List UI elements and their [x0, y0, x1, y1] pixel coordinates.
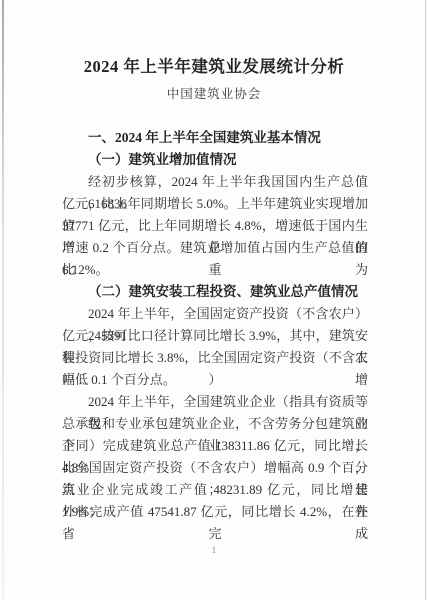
- document-subtitle: 中国建筑业协会: [0, 84, 428, 102]
- text-line: 亿元，按可比口径计算同比增长 3.9%，其中，建筑安装工: [62, 325, 368, 347]
- text-line: 比全国固定资产投资（不含农户）增幅高 0.9 个百分点；建: [62, 457, 368, 479]
- section-heading: 一、2024 年上半年全国建筑业基本情况: [62, 127, 368, 149]
- text-line: 程投资同比增长 3.8%，比全国固定资产投资（不含农户）增: [62, 347, 368, 369]
- text-line: 增速 0.2 个百分点。建筑业增加值占国内生产总值的比重为: [62, 237, 368, 259]
- text-line: 筑业企业完成竣工产值 48231.89 亿元，同比增长 1.9%；在: [62, 479, 368, 501]
- section-heading: （一）建筑业增加值情况: [62, 149, 368, 171]
- text-line: 2024 年上半年，全国固定资产投资（不含农户）245391: [62, 303, 368, 325]
- document-body: 一、2024 年上半年全国建筑业基本情况（一）建筑业增加值情况经初步核算，202…: [62, 127, 368, 523]
- section-heading: （二）建筑安装工程投资、建筑业总产值情况: [62, 281, 368, 303]
- text-line: 外省完成产值 47541.87 亿元，同比增长 4.2%，在外省完成: [62, 501, 368, 523]
- document-page: 2024 年上半年建筑业发展统计分析 中国建筑业协会 一、2024 年上半年全国…: [0, 0, 428, 600]
- text-line: 经初步核算，2024 年上半年我国国内生产总值 616836: [62, 171, 368, 193]
- text-line: 2024 年上半年，全国建筑业企业（指具有资质等级的: [62, 391, 368, 413]
- text-line: 下同）完成建筑业总产值 138311.86 亿元，同比增长 4.8%，: [62, 435, 368, 457]
- text-line: 总承包和专业承包建筑业企业，不含劳务分包建筑业企业，: [62, 413, 368, 435]
- text-line: 亿元，比上年同期增长 5.0%。上半年建筑业实现增加值: [62, 193, 368, 215]
- page-number: 1: [0, 545, 428, 555]
- document-title: 2024 年上半年建筑业发展统计分析: [0, 53, 428, 77]
- text-line: 37771 亿元，比上年同期增长 4.8%，增速低于国内生产总值: [62, 215, 368, 237]
